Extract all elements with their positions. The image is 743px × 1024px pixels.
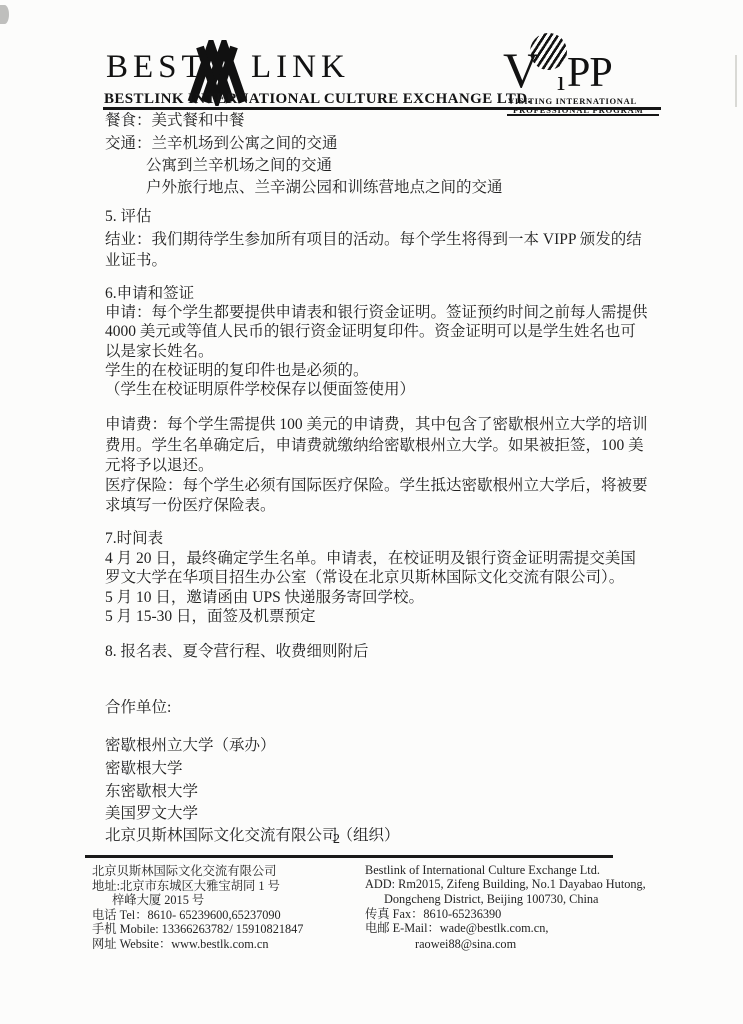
footer-text-line: Bestlink of International Culture Exchan… <box>365 863 600 877</box>
document-text-line: 元将予以退还。 <box>105 457 214 475</box>
footer-text-line: 网址 Website：www.bestlk.com.cn <box>92 937 269 951</box>
document-text-line: 申请费：每个学生需提供 100 美元的申请费，其中包含了密歇根州立大学的培训 <box>105 416 648 434</box>
document-text-line: 5. 评估 <box>105 208 152 226</box>
footer-text-line: Dongcheng District, Beijing 100730, Chin… <box>384 892 599 906</box>
document-text-line: 东密歇根大学 <box>105 783 198 801</box>
footer-text-line: 地址:北京市东城区大雅宝胡同 1 号 <box>92 879 280 893</box>
document-text-line: 结业：我们期待学生参加所有项目的活动。每个学生将得到一本 VIPP 颁发的结 <box>105 231 642 249</box>
document-text-line: 以是家长姓名。 <box>105 343 214 361</box>
document-text-line: 7.时间表 <box>105 530 163 548</box>
document-text-line: 户外旅行地点、兰辛湖公园和训练营地点之间的交通 <box>146 179 503 197</box>
footer-text-line: 传真 Fax：8610-65236390 <box>365 907 501 921</box>
footer-rule <box>85 855 613 858</box>
document-text-line: 学生的在校证明的复印件也是必须的。 <box>105 362 369 380</box>
document-text-line: 4000 美元或等值人民币的银行资金证明复印件。资金证明可以是学生姓名也可 <box>105 323 636 341</box>
document-text-line: 北京贝斯林国际文化交流有限公司（组织） <box>105 827 400 845</box>
footer-text-line: 电邮 E-Mail：wade@bestlk.com.cn, <box>365 921 548 935</box>
document-text-line: 4 月 20 日，最终确定学生名单。申请表，在校证明及银行资金证明需提交美国 <box>105 550 636 568</box>
document-text-line: 美国罗文大学 <box>105 805 198 823</box>
vipp-underline <box>507 114 659 116</box>
document-text-line: 8. 报名表、夏令营行程、收费细则附后 <box>105 643 369 661</box>
document-text-line: 申请：每个学生都要提供申请表和银行资金证明。签证预约时间之前每人需提供 <box>105 304 648 322</box>
document-text-line: 医疗保险：每个学生必须有国际医疗保险。学生抵达密歇根州立大学后，将被要 <box>105 477 648 495</box>
document-text-line: 6.申请和签证 <box>105 285 194 303</box>
footer-text-line: 手机 Mobile: 13366263782/ 15910821847 <box>92 922 303 936</box>
document-text-line: 公寓到兰辛机场之间的交通 <box>146 157 332 175</box>
footer-text-line: 梓峰大厦 2015 号 <box>112 893 204 907</box>
scan-artifact-edge <box>735 55 737 107</box>
document-text-line: 合作单位: <box>105 699 171 717</box>
vipp-logo-v: V <box>503 45 539 95</box>
document-text-line: 交通：兰辛机场到公寓之间的交通 <box>105 135 338 153</box>
bestlink-logo-link-text: LINK <box>251 49 350 86</box>
document-text-line: 餐食：美式餐和中餐 <box>105 112 245 130</box>
document-text-line: 费用。学生名单确定后，申请费就缴纳给密歇根州立大学。如果被拒签，100 美 <box>105 437 644 455</box>
document-text-line: 密歇根大学 <box>105 760 183 778</box>
document-text-line: 5 月 15-30 日，面签及机票预定 <box>105 608 316 626</box>
document-text-line: 密歇根州立大学（承办） <box>105 737 276 755</box>
vipp-logo-pp: PP <box>567 52 612 94</box>
footer-text-line: raowei88@sina.com <box>415 937 516 951</box>
document-text-line: 业证书。 <box>105 252 167 270</box>
footer-text-line: 北京贝斯林国际文化交流有限公司 <box>92 864 276 878</box>
document-text-line: 5 月 10 日，邀请函由 UPS 快递服务寄回学校。 <box>105 589 424 607</box>
scanned-document-page: BEST LINK BESTLINK INTERNATIONAL CULTURE… <box>0 0 743 1024</box>
document-text-line: 罗文大学在华项目招生办公室（常设在北京贝斯林国际文化交流有限公司）。 <box>105 569 624 587</box>
footer-text-line: 电话 Tel：8610- 65239600,65237090 <box>92 908 281 922</box>
vipp-logo-i: ı <box>557 67 565 96</box>
page-number: 2 <box>333 832 340 848</box>
document-text-line: 求填写一份医疗保险表。 <box>105 497 276 515</box>
footer-text-line: ADD: Rm2015, Zifeng Building, No.1 Dayab… <box>365 877 646 891</box>
company-name-line: BESTLINK INTERNATIONAL CULTURE EXCHANGE … <box>104 91 532 108</box>
document-text-line: （学生在校证明原件学校保存以便面签使用） <box>105 381 415 399</box>
scan-artifact-corner <box>0 5 9 24</box>
